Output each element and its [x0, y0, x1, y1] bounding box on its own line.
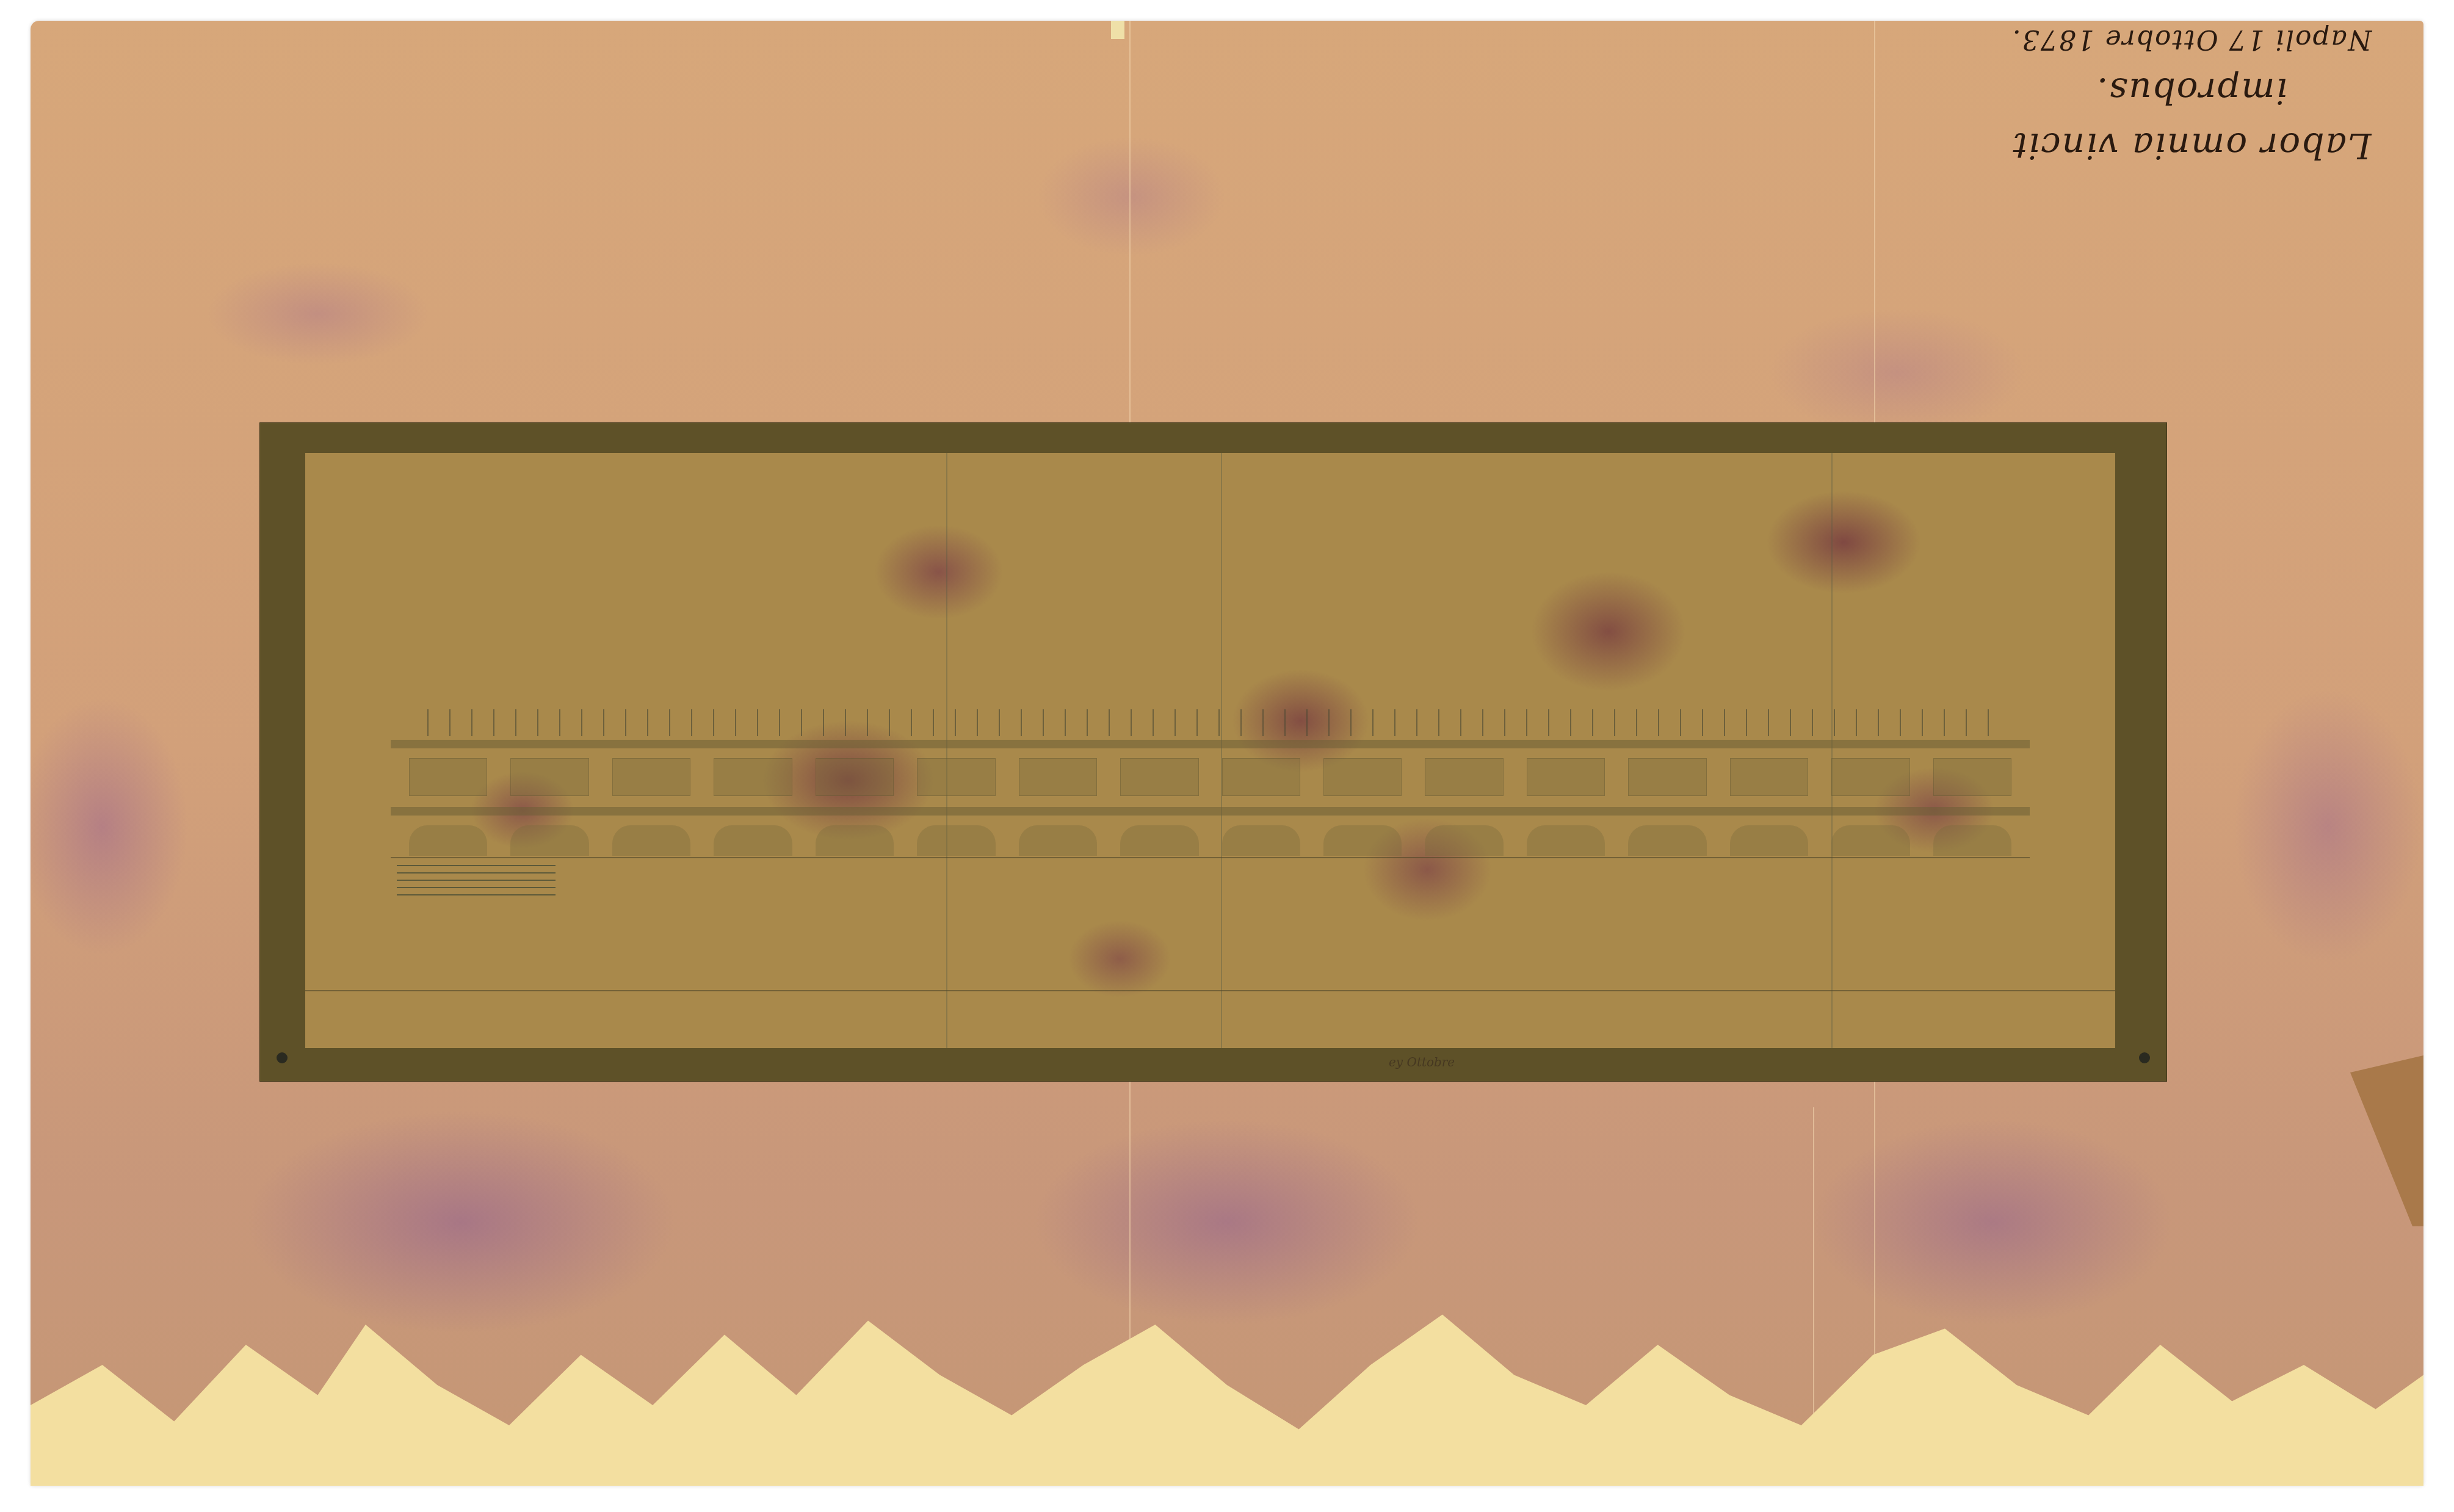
water-tideline [31, 1284, 2423, 1486]
arcade-arches [409, 825, 2011, 856]
lower-guide-line [305, 990, 2115, 991]
cornice-middle [391, 807, 2030, 816]
inscription-date: Napoli 17 Ottobre 1873. [1972, 15, 2411, 63]
balustrade [427, 709, 1993, 736]
folded-corner [2350, 1055, 2423, 1226]
edge-notch [1111, 21, 1124, 39]
mount-rivet [2139, 1052, 2150, 1063]
handwritten-inscription: Labor omnia vincit improbus. Napoli 17 O… [1972, 45, 2411, 173]
drawing-paper [305, 453, 2115, 1048]
music-staff-sketch [397, 865, 556, 895]
window-bays [409, 758, 2011, 796]
ground-line [391, 857, 2030, 858]
architectural-facade [391, 740, 2030, 899]
cornice-top [391, 740, 2030, 748]
drawing-panel: ey Ottobre [259, 422, 2167, 1082]
panel-pencil-note: ey Ottobre [1389, 1055, 1455, 1069]
inscription-motto: Labor omnia vincit improbus. [1972, 63, 2411, 173]
mount-rivet [277, 1052, 288, 1063]
